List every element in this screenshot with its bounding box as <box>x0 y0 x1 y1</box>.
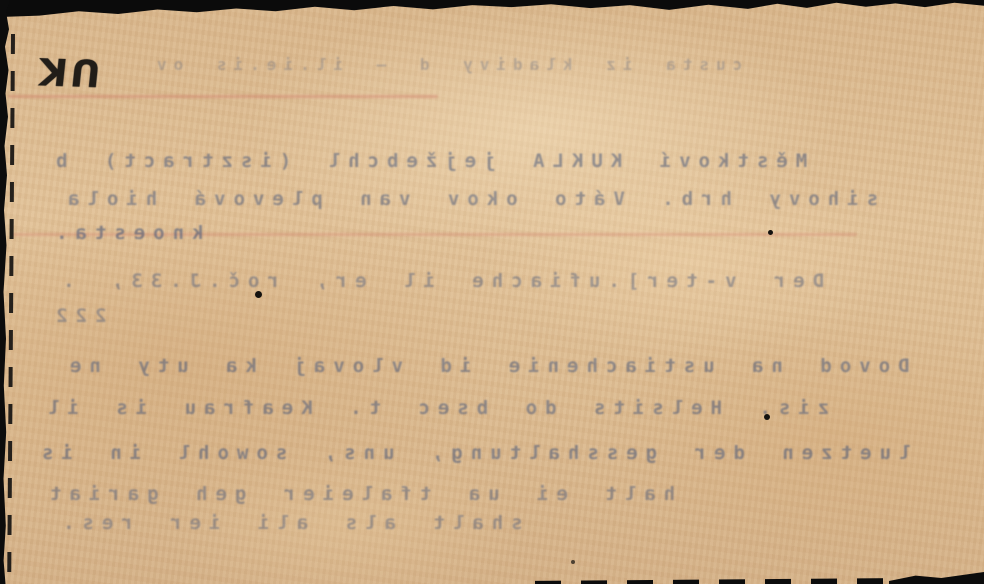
ghost-text-line: 222 <box>48 305 106 327</box>
ink-speck <box>764 414 770 420</box>
torn-edge-top <box>0 0 984 17</box>
ghost-text-line: zis. Helsits do bsec t. Keafrau is il <box>40 397 829 419</box>
torn-edge-bottom-dashes <box>535 577 895 584</box>
ghost-text-line: custa iz kladivy d — il.ie.is ov <box>150 55 742 74</box>
uk-stamp: UK <box>34 49 103 94</box>
scanned-paper: UK custa iz kladivy d — il.ie.is ov Měst… <box>0 0 984 584</box>
ghost-text-line: knoesta. <box>48 222 204 244</box>
ghost-text-line: luetzen der gesshaltung, uns, sowohl in … <box>34 442 910 464</box>
torn-edge-bottom-corner <box>889 572 984 584</box>
perforation-dashed-line <box>7 34 15 584</box>
ink-speck <box>255 291 262 298</box>
ghost-text-line: Der v-ter].ufiache il er, roč.J.33, . <box>55 270 824 292</box>
ghost-text-line: halt ei ua tfaleier geh gariat <box>42 483 675 505</box>
ghost-text-line: Dovod na ustiachenie id vlovaj ka uty ne <box>62 355 910 377</box>
pink-guideline-top <box>8 95 438 98</box>
ink-speck <box>571 560 575 564</box>
ghost-text-line: sihovy hrb. Váto okov van plevová hiola <box>60 188 878 210</box>
ghost-text-line: Městkoví KUKLA jejžebchl (isztract) b <box>48 150 807 172</box>
ghost-text-line: shalt als ali ier res. <box>55 512 523 534</box>
ink-speck <box>768 230 773 235</box>
